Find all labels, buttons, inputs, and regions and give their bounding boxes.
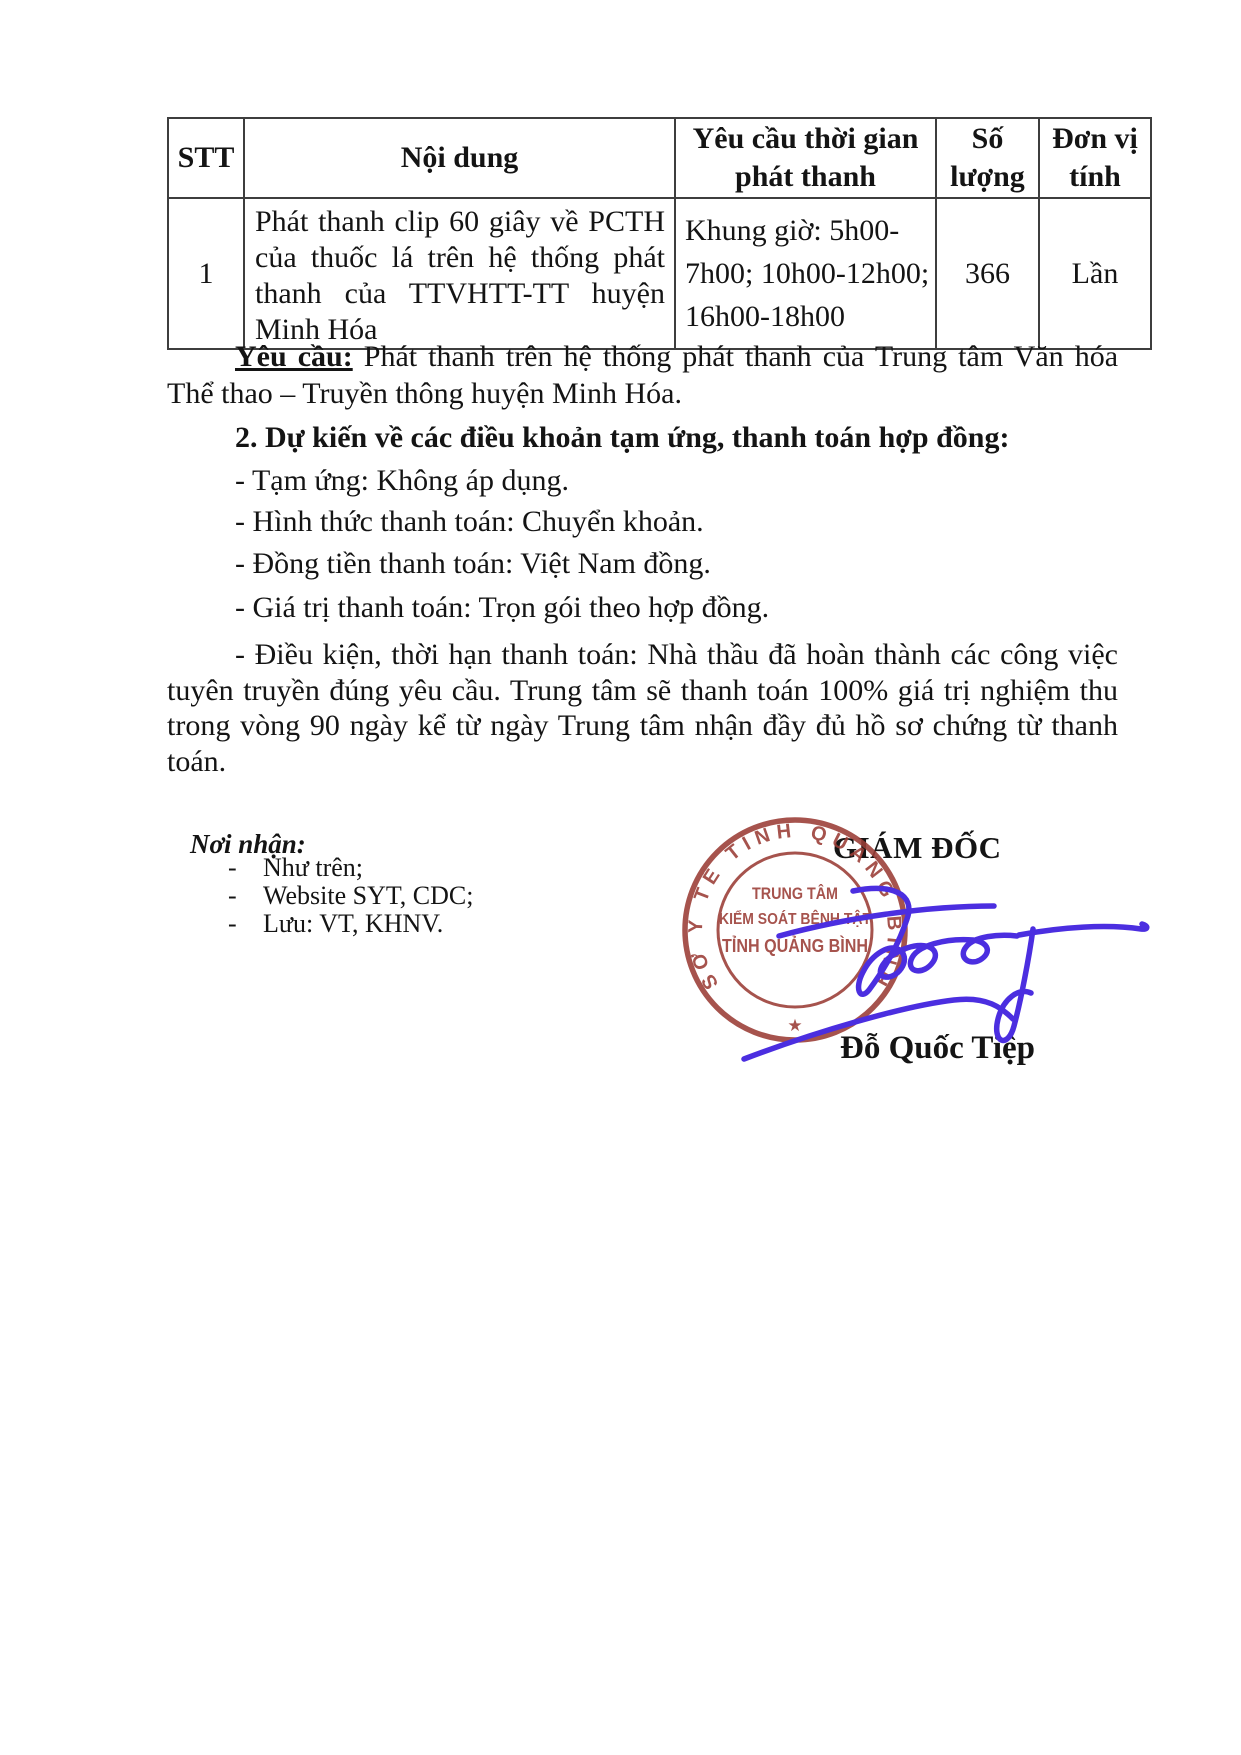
requirement-label: Yêu cầu: <box>235 340 353 373</box>
term-method: - Hình thức thanh toán: Chuyển khoản. <box>167 503 1118 540</box>
header-stt: STT <box>168 118 244 198</box>
document-page: { "document": { "table": { "headers": { … <box>0 0 1241 1755</box>
recipient-text: Website SYT, CDC; <box>263 882 473 910</box>
signature-stroke <box>1019 924 1147 935</box>
cell-noi-dung: Phát thanh clip 60 giây về PCTH của thuố… <box>244 198 675 349</box>
table-row: 1 Phát thanh clip 60 giây về PCTH của th… <box>168 198 1151 349</box>
signature-ink <box>650 815 1241 1105</box>
signature-stroke <box>744 999 1013 1059</box>
list-dash: - <box>228 882 263 910</box>
header-thoi-gian: Yêu cầu thời gian phát thanh <box>675 118 936 198</box>
broadcast-plan-table: STT Nội dung Yêu cầu thời gian phát than… <box>167 117 1152 350</box>
term-advance: - Tạm ứng: Không áp dụng. <box>167 462 1118 499</box>
recipient-item: - Website SYT, CDC; <box>228 882 473 910</box>
requirement-paragraph: Yêu cầu: Phát thanh trên hệ thống phát t… <box>167 338 1118 412</box>
recipient-item: - Lưu: VT, KHNV. <box>228 910 473 938</box>
section2-heading: 2. Dự kiến về các điều khoản tạm ứng, th… <box>167 419 1118 456</box>
header-don-vi: Đơn vị tính <box>1039 118 1151 198</box>
list-dash: - <box>228 854 263 882</box>
recipient-text: Lưu: VT, KHNV. <box>263 910 443 938</box>
recipients-list: - Như trên; - Website SYT, CDC; - Lưu: V… <box>228 854 473 938</box>
cell-don-vi: Lần <box>1039 198 1151 349</box>
signature-stroke <box>779 906 994 936</box>
term-value: - Giá trị thanh toán: Trọn gói theo hợp … <box>167 589 1118 626</box>
signature-stroke <box>997 929 1033 1040</box>
recipient-item: - Như trên; <box>228 854 473 882</box>
header-so-luong: Số lượng <box>936 118 1039 198</box>
header-noi-dung: Nội dung <box>244 118 675 198</box>
term-currency: - Đồng tiền thanh toán: Việt Nam đồng. <box>167 545 1118 582</box>
conditions-paragraph: - Điều kiện, thời hạn thanh toán: Nhà th… <box>167 637 1118 779</box>
cell-stt: 1 <box>168 198 244 349</box>
cell-so-luong: 366 <box>936 198 1039 349</box>
table-header-row: STT Nội dung Yêu cầu thời gian phát than… <box>168 118 1151 198</box>
cell-thoi-gian: Khung giờ: 5h00- 7h00; 10h00-12h00; 16h0… <box>675 198 936 349</box>
list-dash: - <box>228 910 263 938</box>
recipient-text: Như trên; <box>263 854 363 882</box>
